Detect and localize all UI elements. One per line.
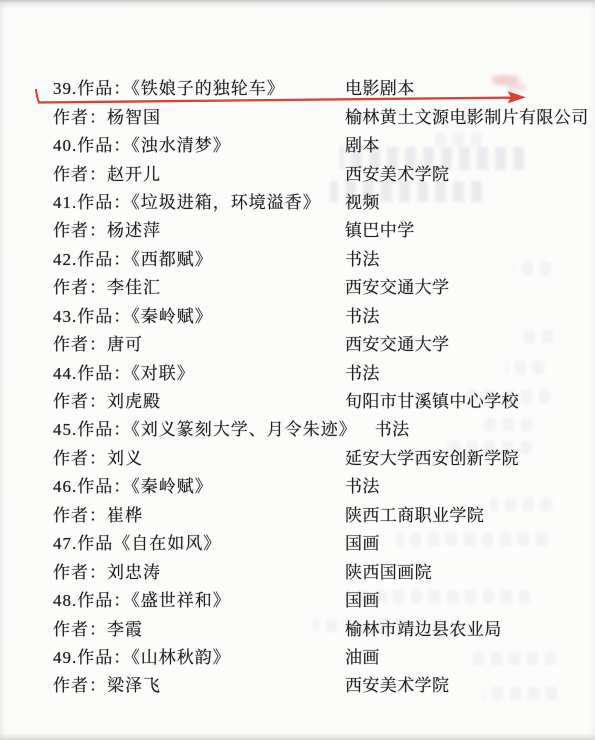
- work-title-text: 46.作品：《秦岭赋》: [53, 472, 345, 497]
- scan-edge-left: [0, 0, 6, 740]
- organization-text: 陕西国画院: [345, 558, 432, 583]
- organization-text: 旬阳市甘溪镇中心学校: [345, 387, 519, 412]
- category-text: 书法: [345, 472, 380, 497]
- author-name-text: 作者：刘义: [53, 444, 345, 469]
- work-title-text: 48.作品：《盛世祥和》: [53, 586, 345, 611]
- organization-text: 延安大学西安创新学院: [345, 444, 519, 469]
- category-text: 书法: [375, 415, 410, 440]
- entries-list: 39.作品：《铁娘子的独轮车》电影剧本作者：杨智国榆林黄土文源电影制片有限公司4…: [53, 73, 595, 699]
- author-row-49: 作者：梁泽飞西安美术学院: [53, 670, 595, 698]
- work-title-text: 49.作品：《山林秋韵》: [53, 643, 345, 668]
- red-arrow-start-tick: [36, 89, 40, 103]
- author-name-text: 作者：崔桦: [53, 501, 345, 526]
- author-row-43: 作者：唐可西安交通大学: [53, 328, 595, 356]
- work-row-47: 47.作品《自在如风》国画: [53, 528, 595, 556]
- author-row-44: 作者：刘虎殿旬阳市甘溪镇中心学校: [53, 385, 595, 413]
- author-row-40: 作者：赵开儿西安美术学院: [53, 158, 595, 186]
- work-title-text: 43.作品：《秦岭赋》: [53, 302, 345, 327]
- organization-text: 榆林黄土文源电影制片有限公司: [345, 103, 589, 128]
- work-title-text: 44.作品：《对联》: [53, 359, 345, 384]
- red-ink-smudge: [507, 84, 527, 91]
- author-row-47: 作者：刘忠涛陕西国画院: [53, 556, 595, 584]
- author-name-text: 作者：李佳汇: [53, 273, 345, 298]
- work-title-text: 40.作品：《浊水清梦》: [53, 131, 345, 156]
- work-title-text: 45.作品：《刘义篆刻大学、月令朱迹》: [53, 415, 357, 440]
- author-name-text: 作者：刘忠涛: [53, 558, 345, 583]
- organization-text: 西安美术学院: [345, 671, 449, 696]
- work-row-42: 42.作品：《西都赋》书法: [53, 243, 595, 271]
- work-row-41: 41.作品：《垃圾进箱，环境溢香》视频: [53, 186, 595, 214]
- organization-text: 西安交通大学: [345, 330, 449, 355]
- category-text: 剧本: [345, 131, 380, 156]
- category-text: 国画: [345, 529, 380, 554]
- work-title-text: 39.作品：《铁娘子的独轮车》: [53, 74, 345, 99]
- author-name-text: 作者：杨智国: [53, 103, 345, 128]
- work-row-49: 49.作品：《山林秋韵》油画: [53, 641, 595, 669]
- scan-edge-bottom: [0, 732, 595, 740]
- category-text: 书法: [345, 302, 380, 327]
- work-title-text: 41.作品：《垃圾进箱，环境溢香》: [53, 188, 345, 213]
- author-name-text: 作者：杨述萍: [53, 216, 345, 241]
- author-row-42: 作者：李佳汇西安交通大学: [53, 272, 595, 300]
- work-title-text: 42.作品：《西都赋》: [53, 245, 345, 270]
- work-row-40: 40.作品：《浊水清梦》剧本: [53, 129, 595, 157]
- work-row-45: 45.作品：《刘义篆刻大学、月令朱迹》书法: [53, 414, 595, 442]
- organization-text: 镇巴中学: [345, 216, 415, 241]
- author-name-text: 作者：刘虎殿: [53, 387, 345, 412]
- author-row-48: 作者：李霞榆林市靖边县农业局: [53, 613, 595, 641]
- organization-text: 西安交通大学: [345, 273, 449, 298]
- work-title-text: 47.作品《自在如风》: [53, 529, 345, 554]
- author-name-text: 作者：赵开儿: [53, 160, 345, 185]
- organization-text: 西安美术学院: [345, 160, 449, 185]
- category-text: 国画: [345, 586, 380, 611]
- category-text: 书法: [345, 245, 380, 270]
- scanned-document-page: 39.作品：《铁娘子的独轮车》电影剧本作者：杨智国榆林黄土文源电影制片有限公司4…: [0, 0, 595, 740]
- author-name-text: 作者：梁泽飞: [53, 671, 345, 696]
- author-row-39: 作者：杨智国榆林黄土文源电影制片有限公司: [53, 101, 595, 129]
- category-text: 视频: [345, 188, 380, 213]
- category-text: 油画: [345, 643, 380, 668]
- organization-text: 榆林市靖边县农业局: [345, 615, 502, 640]
- category-text: 电影剧本: [345, 74, 415, 99]
- category-text: 书法: [345, 359, 380, 384]
- author-name-text: 作者：李霞: [53, 615, 345, 640]
- author-name-text: 作者：唐可: [53, 330, 345, 355]
- scan-edge-top: [0, 0, 595, 10]
- work-row-46: 46.作品：《秦岭赋》书法: [53, 471, 595, 499]
- work-row-43: 43.作品：《秦岭赋》书法: [53, 300, 595, 328]
- work-row-44: 44.作品：《对联》书法: [53, 357, 595, 385]
- author-row-46: 作者：崔桦陕西工商职业学院: [53, 499, 595, 527]
- author-row-41: 作者：杨述萍镇巴中学: [53, 215, 595, 243]
- author-row-45: 作者：刘义延安大学西安创新学院: [53, 442, 595, 470]
- organization-text: 陕西工商职业学院: [345, 501, 484, 526]
- work-row-48: 48.作品：《盛世祥和》国画: [53, 584, 595, 612]
